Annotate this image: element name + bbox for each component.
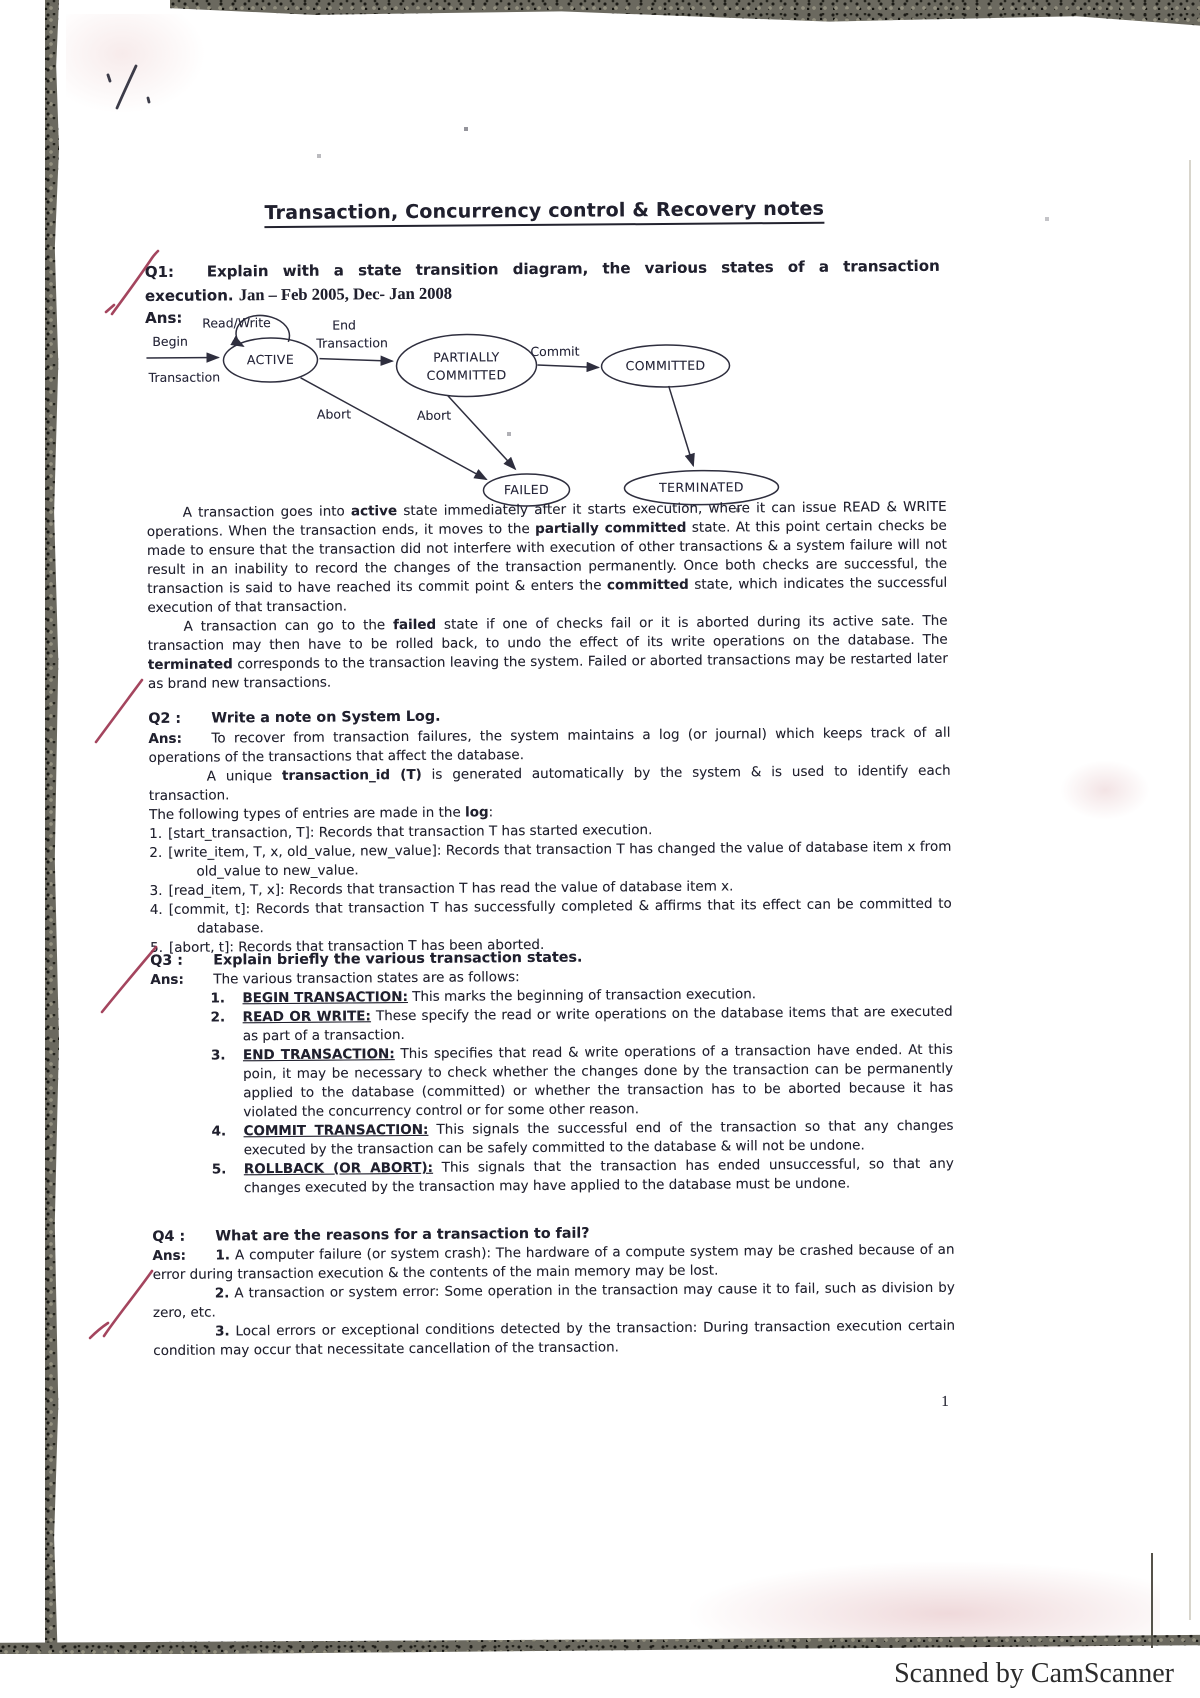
q2-label: Q2 :	[148, 710, 211, 729]
q2-answer-p2: A unique transaction_id (T) is generated…	[149, 762, 951, 806]
paper-edge-line	[1151, 1553, 1153, 1648]
q4-check-mark-icon	[88, 1264, 164, 1342]
q1-paragraph-2: A transaction can go to the failed state…	[147, 612, 948, 694]
handwritten-slash-mark-icon	[96, 58, 160, 118]
q2-answer-label: Ans:	[148, 730, 211, 749]
q1-check-mark-icon	[104, 246, 168, 320]
page-number: 1	[879, 1394, 949, 1412]
svg-text:Transaction: Transaction	[148, 369, 221, 385]
edge-abort-partial	[448, 395, 516, 470]
svg-text:FAILED: FAILED	[504, 482, 549, 497]
label-abort-left: Abort	[317, 406, 351, 421]
label-end-transaction: End	[332, 317, 356, 332]
paper-edge-shadow	[1189, 160, 1191, 1620]
state-transition-diagram: ACTIVE PARTIALLY COMMITTED COMMITTED FAI…	[140, 301, 822, 521]
q4-reason-3: 3. Local errors or exceptional condition…	[153, 1317, 955, 1361]
transaction-state-item: 5.ROLLBACK (OR ABORT): This signals that…	[212, 1155, 954, 1199]
q3-items: 1.BEGIN TRANSACTION: This marks the begi…	[210, 984, 954, 1199]
q2-answer-p1: Ans:To recover from transaction failures…	[148, 724, 950, 768]
log-entry-item: 2.[write_item, T, x, old_value, new_valu…	[149, 838, 951, 882]
q2-section: Q2 :Write a note on System Log. Ans:To r…	[148, 704, 952, 958]
q2-check-mark-icon	[92, 676, 150, 746]
q4-reason-2: 2. A transaction or system error: Some o…	[153, 1279, 955, 1323]
log-entry-item: 4.[commit, t]: Records that transaction …	[150, 895, 952, 939]
q3-section: Q3 :Explain briefly the various transact…	[150, 946, 954, 1199]
svg-text:COMMITTED: COMMITTED	[427, 367, 507, 383]
edge-committed-terminated	[669, 386, 694, 466]
q1-answer-text: A transaction goes into active state imm…	[147, 498, 948, 694]
svg-text:COMMITTED: COMMITTED	[625, 358, 705, 374]
page-title-text: Transaction, Concurrency control & Recov…	[264, 198, 824, 228]
camscanner-footer-text: Scanned by CamScanner	[894, 1658, 1174, 1690]
label-commit: Commit	[530, 344, 579, 359]
q4-reason-1: Ans:1. A computer failure (or system cra…	[152, 1241, 954, 1285]
state-partially-committed	[396, 334, 536, 397]
transaction-state-item: 3.END TRANSACTION: This specifies that r…	[211, 1041, 954, 1123]
svg-text:PARTIALLY: PARTIALLY	[433, 349, 500, 365]
document-page: Transaction, Concurrency control & Recov…	[0, 0, 1200, 1698]
q1-exam-dates: Jan – Feb 2005, Dec- Jan 2008	[239, 284, 452, 305]
transaction-state-item: 2.READ OR WRITE: These specify the read …	[211, 1003, 953, 1047]
state-active-label: ACTIVE	[247, 352, 294, 367]
edge-abort-active	[301, 376, 487, 480]
edge-commit	[538, 364, 599, 367]
q1-question: Q1: Explain with a state transition diag…	[145, 255, 940, 308]
q3-check-mark-icon	[98, 944, 164, 1018]
camscanner-footer: Scanned by CamScanner	[0, 1654, 1200, 1698]
label-abort-right: Abort	[417, 408, 451, 423]
label-read-write: Read/Write	[202, 315, 271, 331]
label-begin: Begin	[152, 334, 188, 349]
svg-text:TERMINATED: TERMINATED	[658, 479, 744, 495]
transaction-state-item: 4.COMMIT TRANSACTION: This signals the s…	[211, 1117, 953, 1161]
svg-text:Transaction: Transaction	[315, 335, 388, 351]
edge-begin	[146, 357, 218, 358]
q4-label: Q4 :	[152, 1228, 215, 1247]
edge-end-transaction	[319, 358, 392, 362]
q1-paragraph-1: A transaction goes into active state imm…	[147, 498, 948, 618]
q4-section: Q4 :What are the reasons for a transacti…	[152, 1222, 955, 1361]
page-title: Transaction, Concurrency control & Recov…	[144, 197, 944, 229]
